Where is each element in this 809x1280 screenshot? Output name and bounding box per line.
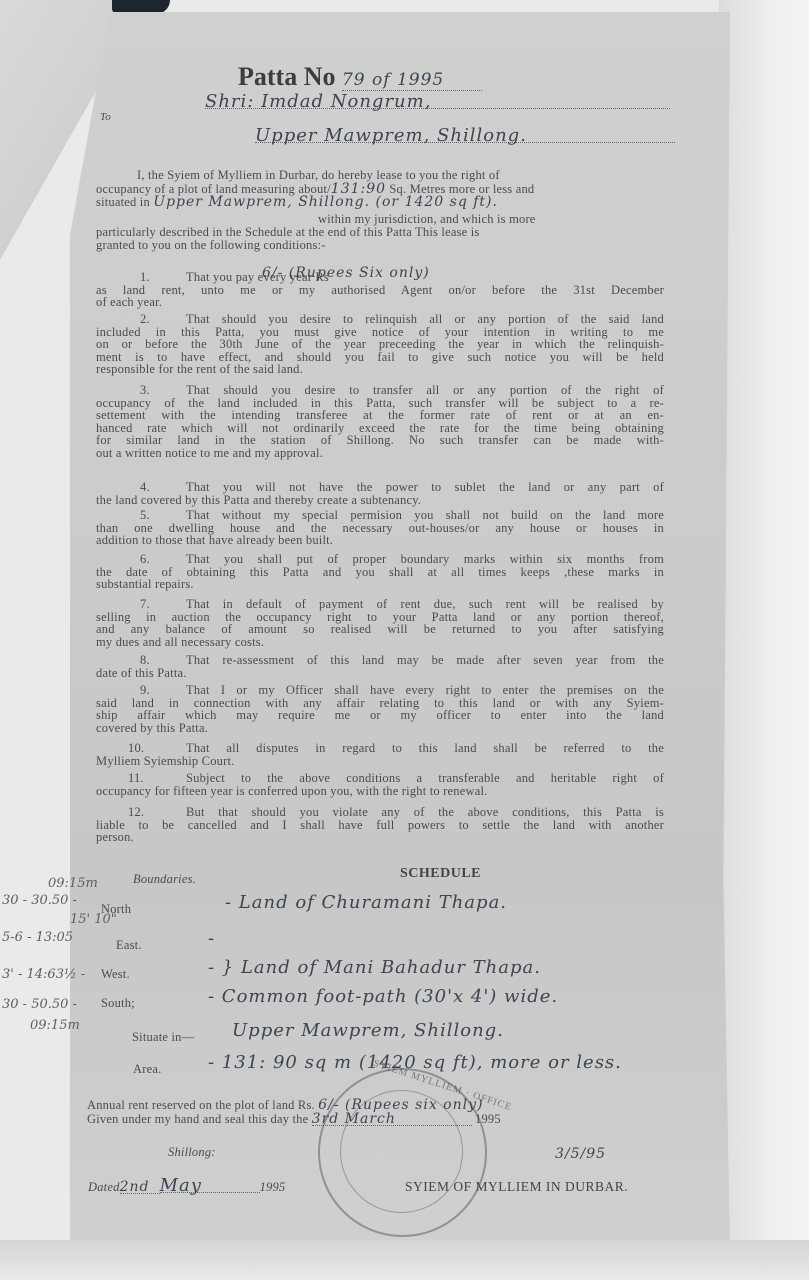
condition-number: 2. [140,313,150,325]
margin-measurement-note: 5-6 - 13:05 [2,930,73,945]
signature: 3/5/95 [555,1148,606,1160]
condition-line: person. [96,831,134,843]
dated-month: May [160,1180,260,1193]
condition-number: 6. [140,553,150,565]
condition-line: than one dwelling house and the necessar… [96,522,664,534]
condition-line: Subject to the above conditions a transf… [186,772,664,784]
recipient-name: Shri: Imdad Nongrum, [205,96,670,109]
schedule-label: Area. [133,1063,161,1075]
given-label: Given under my hand and seal this day th… [87,1112,308,1126]
condition-line: That should you desire to transfer all o… [186,384,664,396]
condition-number: 10. [128,742,144,754]
intro-line-6: granted to you on the following conditio… [96,239,326,251]
schedule-value: - } Land of Mani Bahadur Thapa. [208,962,541,974]
condition-number: 4. [140,481,150,493]
schedule-value: - [208,933,215,945]
condition-line: That re-assessment of this land may be m… [186,654,664,666]
condition-line: occupancy for fifteen year is conferred … [96,785,487,797]
condition-number: 5. [140,509,150,521]
schedule-value: - Land of Churamani Thapa. [225,897,507,909]
condition-number: 1. [140,271,150,283]
margin-measurement-note: 30 - 30.50 - [2,893,77,908]
condition-line: said land in connection with any affair … [96,697,664,709]
condition-line: That you will not have the power to subl… [186,481,664,493]
intro-line-5: particularly described in the Schedule a… [96,226,479,238]
schedule-value: Upper Mawprem, Shillong. [232,1025,504,1037]
condition-line: That should you desire to relinquish all… [186,313,664,325]
condition-line: liable to be cancelled and I shall have … [96,819,664,831]
to-label: To [100,111,111,123]
condition-line: That without my special permision you sh… [186,509,664,521]
condition-line: of each year. [96,296,162,308]
schedule-heading: SCHEDULE [400,868,481,880]
patta-number: 79 of 1995 [342,70,482,91]
place-label: Shillong: [168,1146,216,1158]
condition-line: That all disputes in regard to this land… [186,742,664,754]
margin-measurement-note: 30 - 50.50 - [2,997,77,1012]
condition-number: 11. [128,772,144,784]
schedule-label: Situate in— [132,1031,194,1043]
condition-number: 9. [140,684,150,696]
condition-line: included in this Patta, you must give no… [96,326,664,338]
condition-number: 3. [140,384,150,396]
condition-number: 12. [128,806,144,818]
intro-line-3: situated in Upper Mawprem, Shillong. (or… [96,196,498,208]
condition-line: my dues and all necessary costs. [96,636,264,648]
condition-line: That you shall put of proper boundary ma… [186,553,664,565]
schedule-value: - 131: 90 sq m (1420 sq ft), more or les… [208,1057,622,1069]
condition-line: the land covered by this Patta and there… [96,494,421,506]
document-title: Patta No 79 of 1995 [238,62,482,92]
condition-line: and any balance of amount so realised wi… [96,623,664,635]
recipient-address: Upper Mawprem, Shillong. [255,130,675,143]
rent-amount-handwritten: 6/- (Rupees Six only) [262,267,430,279]
margin-measurement-note: 3' - 14:63½ - [2,967,85,982]
condition-line: covered by this Patta. [96,722,208,734]
intro-line-4: within my jurisdiction, and which is mor… [318,213,536,225]
dated-label: Dated [88,1180,120,1194]
intro-text: situated in [96,195,150,209]
condition-line: That I or my Officer shall have every ri… [186,684,664,696]
schedule-label: South; [101,997,135,1009]
schedule-label: West. [101,968,130,980]
condition-line: date of this Patta. [96,667,187,679]
margin-measurement-note: 09:15m [30,1018,80,1033]
condition-line: ment is to have effect, and should you f… [96,351,664,363]
condition-line: ship affair which may require me or my o… [96,709,664,721]
document-content: Patta No 79 of 1995 To Shri: Imdad Nongr… [0,0,809,1280]
condition-line: Mylliem Syiemship Court. [96,755,235,767]
condition-line: on or before the 30th June of the year p… [96,338,664,350]
condition-line: as land rent, unto me or my authorised A… [96,284,664,296]
condition-number: 7. [140,598,150,610]
location-handwritten: Upper Mawprem, Shillong. (or 1420 sq ft)… [153,194,498,210]
schedule-value: - Common foot-path (30'x 4') wide. [208,991,558,1003]
condition-line: That in default of payment of rent due, … [186,598,664,610]
condition-line: responsible for the rent of the said lan… [96,363,303,375]
dated-year: 1995 [260,1180,286,1194]
schedule-label: East. [116,939,142,951]
condition-line: addition to those that have already been… [96,534,333,546]
margin-measurement-note: 15' 10" [70,912,117,927]
condition-line: But that should you violate any of the a… [186,806,664,818]
condition-line: settement with the intending transferee … [96,409,664,421]
condition-line: occupancy of the land included in this P… [96,397,664,409]
condition-line: out a written notice to me and my approv… [96,447,323,459]
condition-line: substantial repairs. [96,578,194,590]
annual-rent-label: Annual rent reserved on the plot of land… [87,1098,315,1112]
intro-line-1: I, the Syiem of Mylliem in Durbar, do he… [137,169,500,181]
condition-line: hanced rate which will not ordinarily ex… [96,422,664,434]
condition-line: the date of obtaining this Patta and you… [96,566,664,578]
condition-line: selling in auction the occupancy right t… [96,611,664,623]
boundaries-label: Boundaries. [133,873,196,885]
dated-day: 2nd [120,1181,160,1194]
margin-measurement-note: 09:15m [48,876,98,891]
dated-line: Dated2ndMay1995 [88,1180,285,1194]
condition-number: 8. [140,654,150,666]
condition-line: for similar land in the station of Shill… [96,434,664,446]
title-text: Patta No [238,62,335,91]
